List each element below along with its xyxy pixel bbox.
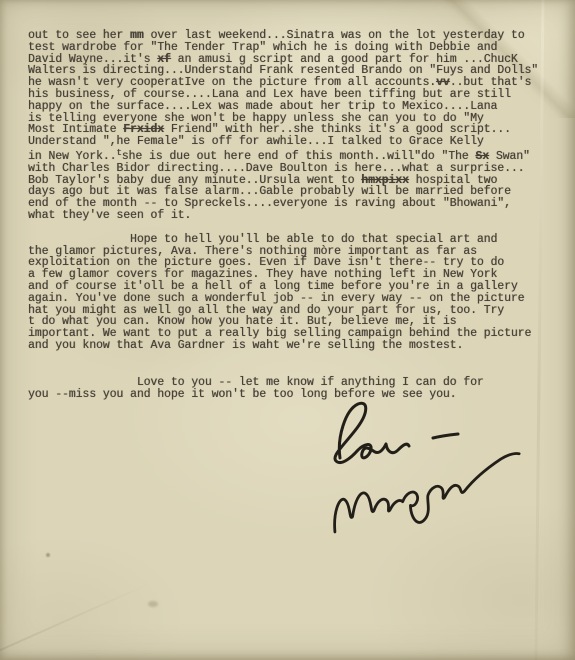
- text-run: and you know that Ava Gardner is waht we…: [28, 339, 463, 352]
- paper-speck: [46, 553, 50, 557]
- text-run: what they've seen of it.: [28, 209, 191, 222]
- paragraph-hollywood-news: out to see her mm over last weekend...Si…: [28, 30, 563, 222]
- letter-line: in New York..tshe is due out here end of…: [28, 148, 563, 163]
- signature: [295, 390, 575, 558]
- letter-line: what they've seen of it.: [28, 210, 563, 222]
- text-run: Understand ",he Female" is off for awhil…: [28, 135, 484, 148]
- letter-body: out to see her mm over last weekend...Si…: [28, 30, 563, 400]
- signature-valediction: [335, 403, 458, 462]
- signature-name: [327, 453, 528, 538]
- paper-smudge: [148, 601, 158, 607]
- paper-crease-diagonal: [0, 581, 153, 656]
- letter-line: and you know that Ava Gardner is waht we…: [28, 340, 563, 352]
- letter-line: Understand ",he Female" is off for awhil…: [28, 136, 563, 148]
- letter-scan: out to see her mm over last weekend...Si…: [0, 0, 575, 660]
- paragraph-glamor-request: Hope to hell you'll be able to do that s…: [28, 234, 563, 352]
